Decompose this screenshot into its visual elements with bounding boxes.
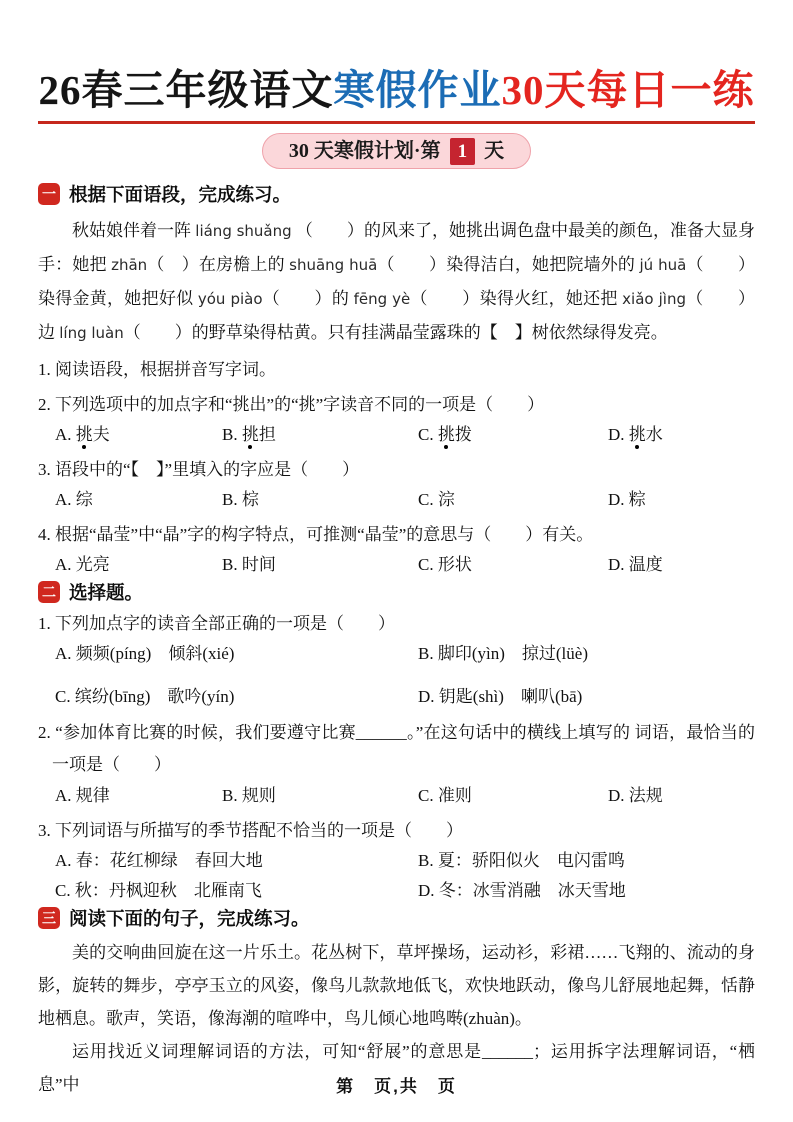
day-number-badge: 1 — [450, 138, 476, 165]
page-footer: 第 页,共 页 — [0, 1072, 793, 1097]
s2-question-1-options: A. 频频(píng) 倾斜(xié) B. 脚印(yìn) 掠过(lüè) C… — [38, 639, 755, 712]
badge-row: 30 天寒假计划·第 1 天 — [38, 133, 755, 169]
option-a: A. 规律 — [55, 781, 222, 811]
section-2-header: 二 选择题。 — [38, 580, 755, 604]
option-a: A. 春：花红柳绿 春回大地 — [55, 846, 418, 876]
option-a: A. 光亮 — [55, 550, 222, 580]
option-d: D. 冬：冰雪消融 冰天雪地 — [418, 876, 755, 906]
option-b: B. 棕 — [222, 485, 418, 515]
section-3-marker-icon: 三 — [38, 907, 60, 929]
option-c: C. 缤纷(bīng) 歌吟(yín) — [55, 682, 418, 712]
option-c: C. 秋：丹枫迎秋 北雁南飞 — [55, 876, 418, 906]
badge-suffix: 天 — [484, 137, 504, 165]
day-plan-badge: 30 天寒假计划·第 1 天 — [262, 133, 531, 169]
badge-prefix: 30 天寒假计划·第 — [289, 137, 441, 165]
section-1-header: 一 根据下面语段，完成练习。 — [38, 182, 755, 206]
option-c: C. 淙 — [418, 485, 608, 515]
s2-question-2-options: A. 规律 B. 规则 C. 准则 D. 法规 — [38, 781, 755, 811]
section-3-passage: 美的交响曲回旋在这一片乐土。花丛树下，草坪操场，运动衫，彩裙……飞翔的、流动的身… — [38, 936, 755, 1035]
section-1-marker-icon: 一 — [38, 183, 60, 205]
option-b: B. 规则 — [222, 781, 418, 811]
section-2-title: 选择题。 — [69, 579, 143, 605]
option-b: B. 脚印(yìn) 掠过(lüè) — [418, 639, 755, 669]
title-part-grade: 26春三年级语文 — [39, 67, 334, 113]
s2-question-3: 3. 下列词语与所描写的季节搭配不恰当的一项是（ ） — [38, 816, 755, 846]
option-b: B. 时间 — [222, 550, 418, 580]
option-d: D. 钥匙(shì) 喇叭(bā) — [418, 682, 755, 712]
s2-question-2: 2. “参加体育比赛的时候，我们要遵守比赛______。”在这句话中的横线上填写… — [38, 717, 755, 781]
option-d: D. 温度 — [608, 550, 755, 580]
option-c: C. 准则 — [418, 781, 608, 811]
page-title: 26春三年级语文寒假作业30天每日一练 — [38, 64, 755, 116]
s2-question-3-options: A. 春：花红柳绿 春回大地 B. 夏：骄阳似火 电闪雷鸣 C. 秋：丹枫迎秋 … — [38, 846, 755, 906]
option-c: C. 挑拨 — [418, 420, 608, 450]
section-1-title: 根据下面语段，完成练习。 — [69, 181, 291, 207]
section-2-marker-icon: 二 — [38, 581, 60, 603]
option-a: A. 挑夫 — [55, 420, 222, 450]
s1-question-4: 4. 根据“晶莹”中“晶”字的构字特点，可推测“晶莹”的意思与（ ）有关。 — [38, 520, 755, 550]
title-part-homework: 寒假作业 — [334, 67, 502, 113]
title-part-practice: 30天每日一练 — [502, 67, 755, 113]
option-d: D. 挑水 — [608, 420, 755, 450]
option-b: B. 夏：骄阳似火 电闪雷鸣 — [418, 846, 755, 876]
option-a: A. 综 — [55, 485, 222, 515]
section-3-title: 阅读下面的句子，完成练习。 — [69, 905, 310, 931]
option-d: D. 法规 — [608, 781, 755, 811]
title-underline — [38, 121, 755, 124]
s1-question-1: 1. 阅读语段，根据拼音写字词。 — [38, 355, 755, 385]
option-d: D. 粽 — [608, 485, 755, 515]
section-1-passage: 秋姑娘伴着一阵 liáng shuǎng （ ）的风来了，她挑出调色盘中最美的颜… — [38, 214, 755, 350]
section-3-header: 三 阅读下面的句子，完成练习。 — [38, 906, 755, 930]
s1-question-2: 2. 下列选项中的加点字和“挑出”的“挑”字读音不同的一项是（ ） — [38, 390, 755, 420]
s1-question-3-options: A. 综 B. 棕 C. 淙 D. 粽 — [38, 485, 755, 515]
worksheet-page: 26春三年级语文寒假作业30天每日一练 30 天寒假计划·第 1 天 一 根据下… — [0, 0, 793, 1101]
option-b: B. 挑担 — [222, 420, 418, 450]
s1-question-4-options: A. 光亮 B. 时间 C. 形状 D. 温度 — [38, 550, 755, 580]
s1-question-3: 3. 语段中的“【 】”里填入的字应是（ ） — [38, 455, 755, 485]
option-a: A. 频频(píng) 倾斜(xié) — [55, 639, 418, 669]
s2-question-1: 1. 下列加点字的读音全部正确的一项是（ ） — [38, 609, 755, 639]
s1-question-2-options: A. 挑夫 B. 挑担 C. 挑拨 D. 挑水 — [38, 420, 755, 450]
option-c: C. 形状 — [418, 550, 608, 580]
